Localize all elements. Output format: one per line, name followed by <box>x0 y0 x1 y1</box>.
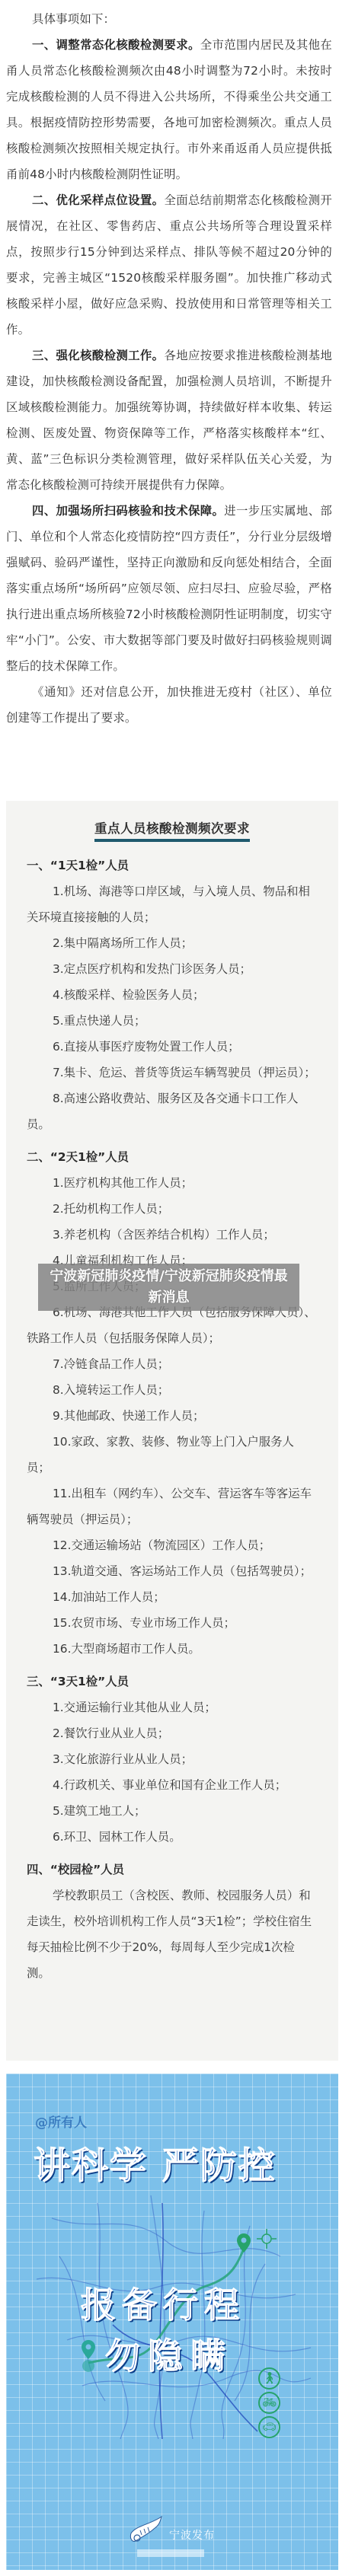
map-pin-icon <box>237 2233 251 2252</box>
list-item: 2.托幼机构工作人员； <box>27 1196 316 1222</box>
list-item: 6.直接从事医疗废物处置工作人员； <box>27 1034 316 1060</box>
crosshair-icon <box>257 2229 277 2249</box>
section-body: 各地应按要求推进核酸检测基地建设，加快核酸检测设备配置，加强检测人员培训，不断提… <box>6 349 332 492</box>
section-heading: 二、优化采样点位设置。 <box>32 193 164 207</box>
list-item: 15.农贸市场、专业市场工作人员； <box>27 1610 316 1636</box>
article-body: 具体事项如下： 一、调整常态化核酸检测要求。全市范围内居民及其他在甬人员常态化核… <box>6 0 332 731</box>
brand-logo: 宁波发布 <box>128 2515 215 2546</box>
section-body: 进一步压实属地、部门、单位和个人常态化疫情防控“四方责任”，分行业分层级增强赋码… <box>6 504 332 673</box>
list-item: 学校教职员工（含校医、教师、校园服务人员）和走读生，校外培训机构工作人员“3天1… <box>27 1883 316 1986</box>
overlay-title: 宁波新冠肺炎疫情/宁波新冠肺炎疫情最新消息 <box>43 1266 295 1309</box>
group-heading-4: 四、“校园检”人员 <box>27 1857 316 1883</box>
mention-label: @所有人 <box>35 2112 87 2131</box>
car-icon: 🚗︎ <box>258 2416 280 2438</box>
list-item: 11.出租车（网约车）、公交车、营运客车等客运车辆驾驶员（押运员）； <box>27 1481 316 1532</box>
closing-text: 《通知》还对信息公开，加快推进无疫村（社区）、单位创建等工作提出了要求。 <box>6 679 332 731</box>
list-item: 3.定点医疗机构和发热门诊医务人员； <box>27 956 316 982</box>
section-heading: 四、加强场所扫码核验和技术保障。 <box>32 504 224 518</box>
bicycle-icon: 🚲︎ <box>258 2392 280 2414</box>
list-item: 5.建筑工地工人； <box>27 1798 316 1824</box>
group-heading-2: 二、“2天1检”人员 <box>27 1144 316 1170</box>
card-body: 一、“1天1检”人员 1.机场、海港等口岸区域，与入境人员、物品和相关环境直接接… <box>27 853 316 1986</box>
group-heading-1: 一、“1天1检”人员 <box>27 853 316 878</box>
article-section-3: 三、强化核酸检测工作。各地应按要求推进核酸检测基地建设，加快核酸检测设备配置，加… <box>6 343 332 498</box>
map-pin-icon <box>82 2340 95 2372</box>
section-body: 全面总结前期常态化核酸检测开展情况，在社区、零售药店、重点公共场所等合理设置采样… <box>6 193 332 336</box>
article-section-1: 一、调整常态化核酸检测要求。全市范围内居民及其他在甬人员常态化核酸检测频次由48… <box>6 32 332 187</box>
list-item: 10.家政、家教、装修、物业等上门入户服务人员； <box>27 1429 316 1481</box>
list-item: 5.重点快递人员； <box>27 1008 316 1034</box>
list-item: 16.大型商场超市工作人员。 <box>27 1636 316 1662</box>
list-item: 9.其他邮政、快递工作人员； <box>27 1403 316 1429</box>
campaign-poster: @所有人 讲科学 严防控 报备行程 勿隐瞒 🚶︎ 🚲︎ 🚗︎ 宁波发布 <box>6 2074 338 2570</box>
watermark-strip <box>137 2549 204 2557</box>
list-item: 1.医疗机构其他工作人员； <box>27 1170 316 1196</box>
list-item: 4.行政机关、事业单位和国有企业工作人员； <box>27 1772 316 1798</box>
list-item: 13.轨道交通、客运场站工作人员（包括驾驶员）； <box>27 1558 316 1584</box>
list-item: 7.集卡、危运、普货等货运车辆驾驶员（押运员）； <box>27 1060 316 1086</box>
list-item: 12.交通运输场站（物流园区）工作人员； <box>27 1532 316 1558</box>
list-item: 7.冷链食品工作人员； <box>27 1351 316 1377</box>
list-item: 2.餐饮行业从业人员； <box>27 1720 316 1746</box>
brand-name: 宁波发布 <box>169 2527 215 2543</box>
list-item: 3.养老机构（含医养结合机构）工作人员； <box>27 1222 316 1248</box>
key-personnel-card: 重点人员核酸检测频次要求 一、“1天1检”人员 1.机场、海港等口岸区域，与入境… <box>6 801 338 2061</box>
scroll-wing-logo-icon <box>128 2515 166 2546</box>
article-section-2: 二、优化采样点位设置。全面总结前期常态化核酸检测开展情况，在社区、零售药店、重点… <box>6 187 332 343</box>
article-section-4: 四、加强场所扫码核验和技术保障。进一步压实属地、部门、单位和个人常态化疫情防控“… <box>6 498 332 679</box>
list-item: 1.交通运输行业其他从业人员； <box>27 1694 316 1720</box>
section-heading: 三、强化核酸检测工作。 <box>32 349 164 362</box>
card-title: 重点人员核酸检测频次要求 <box>94 819 250 842</box>
section-body: 全市范围内居民及其他在甬人员常态化核酸检测频次由48小时调整为72小时。未按时完… <box>6 38 332 181</box>
list-item: 2.集中隔离场所工作人员； <box>27 930 316 956</box>
list-item: 1.机场、海港等口岸区域，与入境人员、物品和相关环境直接接触的人员； <box>27 878 316 930</box>
section-heading: 一、调整常态化核酸检测要求。 <box>32 38 200 52</box>
list-item: 3.文化旅游行业从业人员； <box>27 1746 316 1772</box>
intro-text: 具体事项如下： <box>6 0 332 32</box>
walking-icon: 🚶︎ <box>258 2367 280 2389</box>
list-item: 8.高速公路收费站、服务区及各交通卡口工作人员。 <box>27 1086 316 1137</box>
list-item: 6.环卫、园林工作人员。 <box>27 1824 316 1850</box>
slogan-science: 讲科学 严防控 <box>34 2136 277 2189</box>
list-item: 4.核酸采样、检验医务人员； <box>27 982 316 1008</box>
slogan-report-trip: 报备行程 <box>81 2278 245 2328</box>
group-heading-3: 三、“3天1检”人员 <box>27 1669 316 1694</box>
slogan-no-conceal: 勿隐瞒 <box>105 2329 233 2379</box>
title-overlay-banner: 宁波新冠肺炎疫情/宁波新冠肺炎疫情最新消息 <box>38 1264 299 1311</box>
list-item: 14.加油站工作人员； <box>27 1584 316 1610</box>
list-item: 8.入境转运工作人员； <box>27 1377 316 1403</box>
